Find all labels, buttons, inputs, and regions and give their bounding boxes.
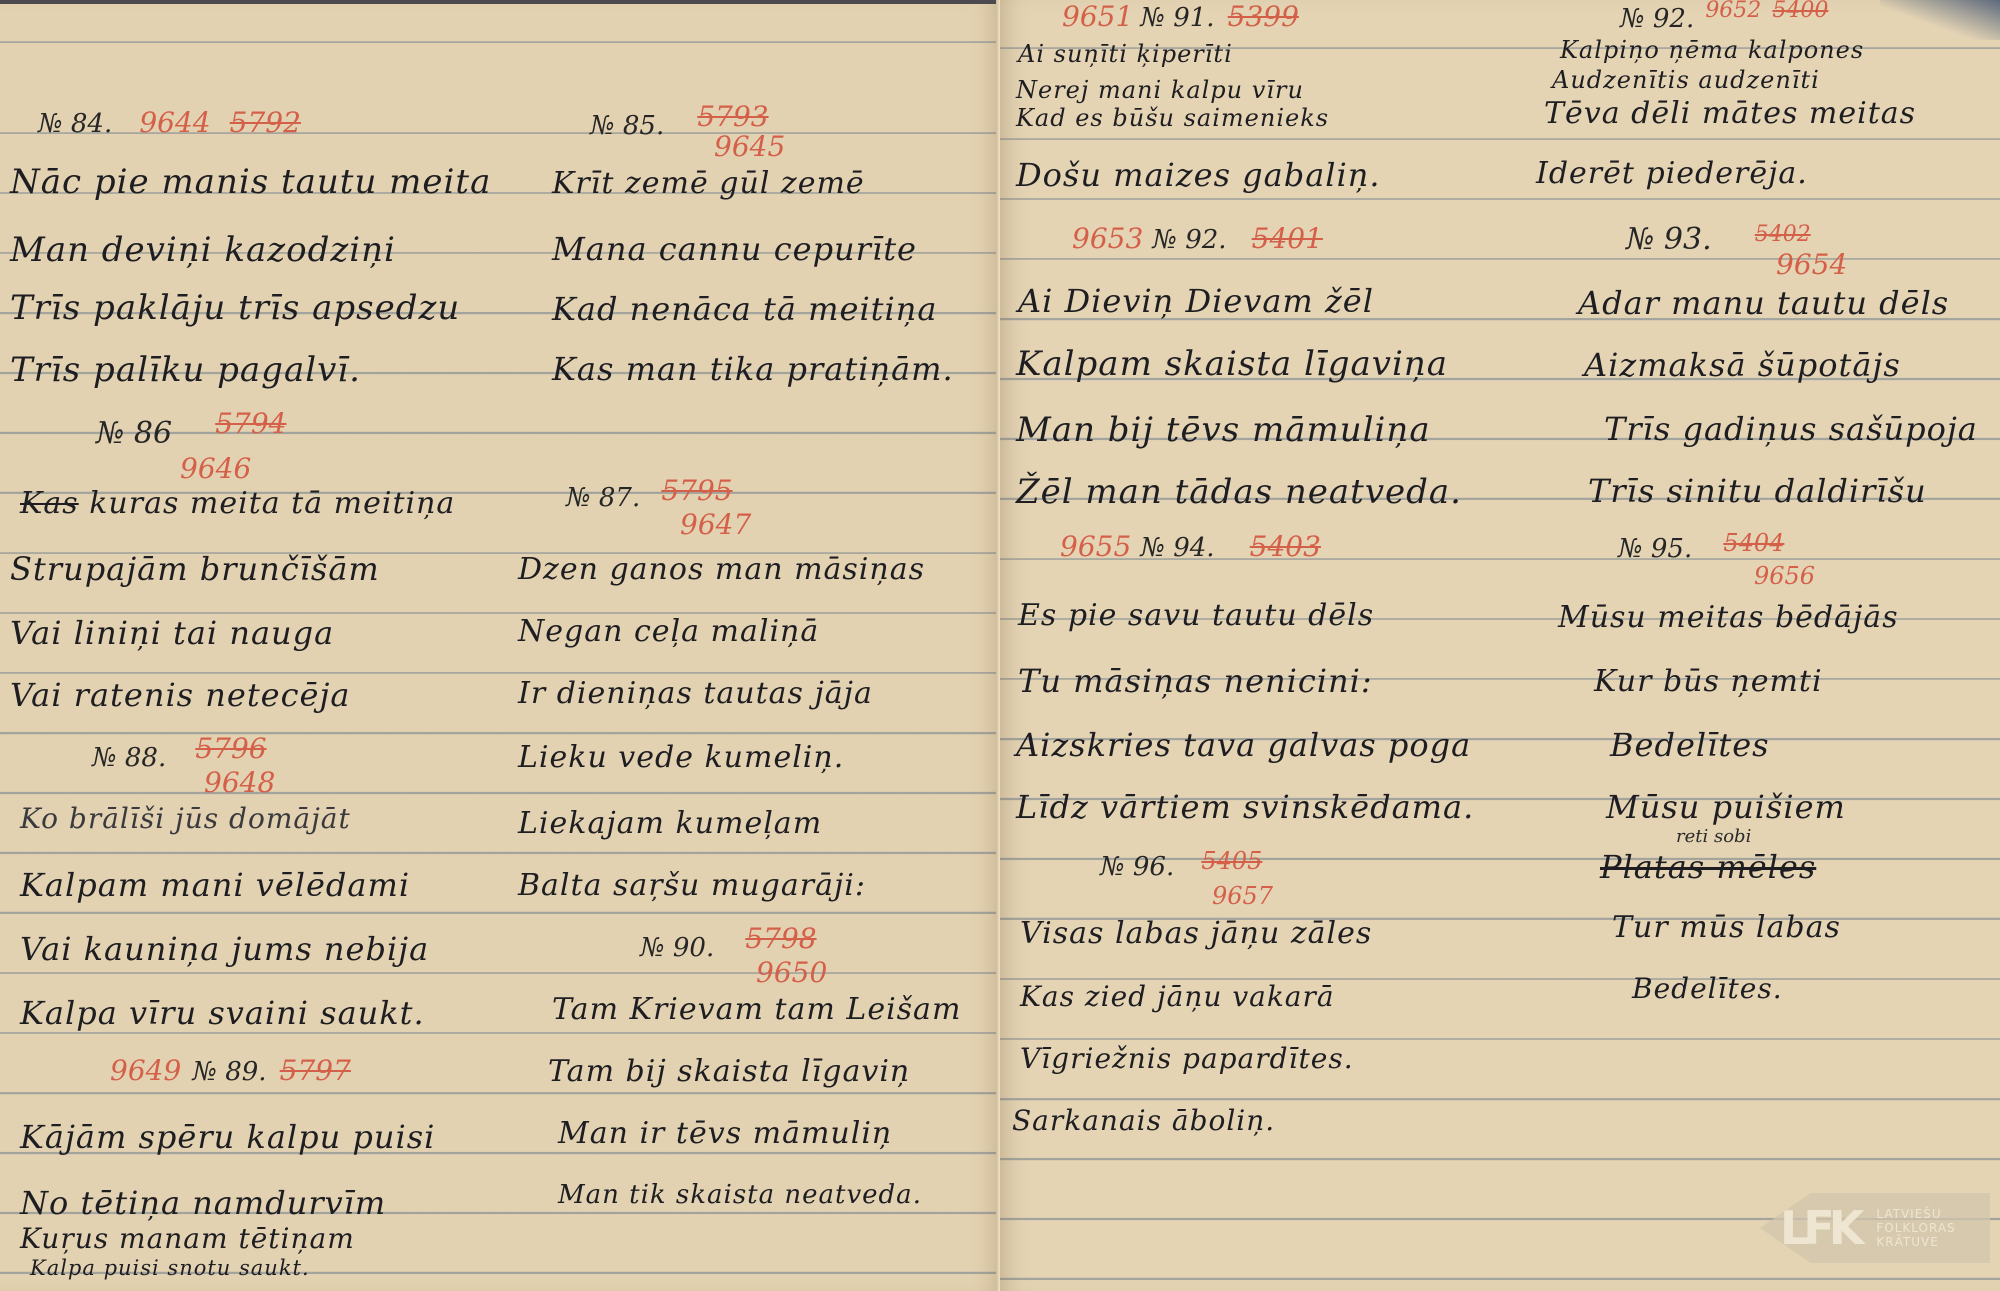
verse-line: Aizskries tava galvas poga xyxy=(1016,726,1471,764)
verse-line: Ai suņīti ķiperīti xyxy=(1018,40,1233,68)
archive-id: 9652 xyxy=(1705,0,1761,23)
verse-line: Kas man tika pratiņām. xyxy=(552,350,954,388)
entry-header-94: 9655 № 94. 5403 xyxy=(1060,530,1321,563)
old-archive-id: 5400 xyxy=(1772,0,1828,23)
archive-id: 9656 xyxy=(1754,562,1815,590)
verse-line: Trīs paklāju trīs apsedzu xyxy=(10,288,460,328)
verse-line: Žēl man tādas neatveda. xyxy=(1016,472,1462,512)
entry-number: № 87. xyxy=(566,483,640,513)
verse-line: Kad es būšu saimenieks xyxy=(1016,104,1329,132)
verse-line: Ai Dieviņ Dievam žēl xyxy=(1018,282,1374,320)
verse-line: Dzen ganos man māsiņas xyxy=(518,552,925,587)
old-archive-id: 5795 xyxy=(661,474,732,507)
entry-number: № 92. xyxy=(1620,4,1694,34)
verse-line: Trīs palīku pagalvī. xyxy=(10,350,361,390)
old-archive-id: 5399 xyxy=(1228,0,1299,33)
entry-number: № 92. xyxy=(1152,225,1226,255)
archive-id: 9657 xyxy=(1212,882,1273,910)
struck-line: Platas mēles xyxy=(1600,848,1816,886)
verse-line: Tam bij skaista līgaviņ xyxy=(548,1054,910,1089)
entry-header-86: № 86 5794 xyxy=(96,416,286,451)
lfk-logo-text: LATVIEŠU FOLKLORAS KRĀTUVE xyxy=(1876,1207,1955,1249)
verse-line: Vai ratenis netecēja xyxy=(10,676,350,714)
archive-id: 9653 xyxy=(1072,222,1143,255)
corner-shadow xyxy=(1880,0,2000,40)
archive-id: 9646 xyxy=(180,452,251,485)
verse-line: Man ir tēvs māmuliņ xyxy=(558,1116,892,1151)
entry-number: № 91. xyxy=(1140,3,1214,33)
old-archive-id: 5792 xyxy=(230,106,301,139)
verse-line: Līdz vārtiem svinskēdama. xyxy=(1016,788,1474,826)
entry-header-96: № 96. 5405 xyxy=(1100,852,1262,882)
verse-line: Bedelītes xyxy=(1610,726,1770,764)
verse-line: Kalpiņo ņēma kalpones xyxy=(1560,36,1864,64)
verse-line: Ir dieniņas tautas jāja xyxy=(518,676,873,711)
entry-number: № 94. xyxy=(1140,533,1214,563)
verse-line: Tur mūs labas xyxy=(1612,910,1841,945)
verse-line: Kalpam mani vēlēdami xyxy=(20,866,410,904)
verse-line: Visas labas jāņu zāles xyxy=(1020,916,1372,951)
verse-line: Tam Krievam tam Leišam xyxy=(552,992,961,1027)
verse-line: Balta saŗšu mugarāji: xyxy=(518,868,866,903)
verse-line: Es pie savu tautu dēls xyxy=(1018,598,1374,633)
verse-line: Kad nenāca tā meitiņa xyxy=(552,290,937,328)
verse-line: Kalpam skaista līgaviņa xyxy=(1016,344,1448,384)
archive-id: 9648 xyxy=(204,766,275,799)
old-archive-id: 5401 xyxy=(1252,222,1323,255)
verse-line: Kalpa vīru svaini saukt. xyxy=(20,994,425,1032)
entry-header-84: № 84. 9644 5792 xyxy=(38,106,301,139)
verse-line: Lieku vede kumeliņ. xyxy=(518,740,844,775)
verse-line: Kur būs ņemti xyxy=(1594,664,1823,699)
verse-line: Strupajām brunčīšām xyxy=(10,550,380,588)
verse-line: Liekajam kumeļam xyxy=(518,806,822,841)
entry-number: № 96. xyxy=(1100,852,1174,882)
old-archive-id: 5793 xyxy=(697,100,768,133)
logo-line: FOLKLORAS xyxy=(1876,1221,1955,1235)
manuscript-spread: № 84. 9644 5792 Nāc pie manis tautu meit… xyxy=(0,0,2000,1291)
right-page: 9651 № 91. 5399 Ai suņīti ķiperīti Nerej… xyxy=(1000,0,2000,1291)
verse-line: Kalpa puisi snotu saukt. xyxy=(30,1256,310,1280)
verse-line: Kas kuras meita tā meitiņa xyxy=(20,486,455,521)
verse-line: Mūsu puišiem xyxy=(1606,788,1846,826)
verse-line: Vīgriežnis papardītes. xyxy=(1020,1042,1354,1075)
verse-line: Tu māsiņas nenicini: xyxy=(1018,662,1373,700)
verse-line: Man deviņi kazodziņi xyxy=(10,230,396,270)
entry-number: № 90. xyxy=(640,933,714,963)
old-archive-id: 5798 xyxy=(745,922,816,955)
entry-header-92b: 9653 № 92. 5401 xyxy=(1072,222,1323,255)
archive-id: 9644 xyxy=(139,106,210,139)
archive-id: 9651 xyxy=(1062,0,1133,33)
page-top-edge xyxy=(0,0,1000,4)
entry-number: № 95. xyxy=(1618,534,1692,564)
verse-line: Trīs sinitu daldirīšu xyxy=(1588,472,1927,510)
lfk-logo-icon: LFK xyxy=(1780,1201,1858,1255)
verse-line: Ko brālīši jūs domājāt xyxy=(20,802,351,835)
archive-id: 9647 xyxy=(680,508,751,541)
entry-header-95: № 95. 5404 xyxy=(1618,534,1784,564)
verse-line: Došu maizes gabaliņ. xyxy=(1016,156,1381,194)
entry-number: № 93. xyxy=(1626,222,1712,257)
archive-id: 9649 xyxy=(110,1054,181,1087)
entry-number: № 85. xyxy=(590,111,664,141)
verse-line: Mana cannu cepurīte xyxy=(552,230,917,268)
left-page: № 84. 9644 5792 Nāc pie manis tautu meit… xyxy=(0,0,1000,1291)
verse-line: Nāc pie manis tautu meita xyxy=(10,162,491,202)
old-archive-id: 5402 xyxy=(1755,222,1811,247)
verse-line: Kas zied jāņu vakarā xyxy=(1020,980,1335,1013)
entry-number: № 84. xyxy=(38,109,112,139)
archive-id: 9654 xyxy=(1776,248,1847,281)
verse-line: Kājām spēru kalpu puisi xyxy=(20,1118,435,1156)
old-archive-id: 5405 xyxy=(1201,847,1262,875)
verse-line: Vai liniņi tai nauga xyxy=(10,614,334,652)
verse-line: Adar manu tautu dēls xyxy=(1578,284,1949,322)
struck-word: Kas xyxy=(20,486,79,521)
entry-number: № 89. xyxy=(192,1057,266,1087)
logo-line: KRĀTUVE xyxy=(1876,1235,1955,1249)
entry-header-89: 9649 № 89. 5797 xyxy=(110,1054,351,1087)
entry-number: № 86 xyxy=(96,416,172,451)
old-archive-id: 5794 xyxy=(215,407,286,440)
archive-id: 9650 xyxy=(756,956,827,989)
archive-id: 9645 xyxy=(714,130,785,163)
verse-line: Sarkanais āboliņ. xyxy=(1012,1104,1275,1137)
verse-line: Aizmaksā šūpotājs xyxy=(1584,346,1901,384)
entry-header-91: 9651 № 91. 5399 xyxy=(1062,0,1299,33)
verse-line: Audzenītis audzenīti xyxy=(1552,66,1820,94)
verse-line: Krīt zemē gūl zemē xyxy=(552,166,865,201)
verse-line: Trīs gadiņus sašūpoja xyxy=(1604,410,1978,448)
verse-line: Man tik skaista neatveda. xyxy=(558,1180,922,1210)
verse-line: Man bij tēvs māmuliņa xyxy=(1016,410,1431,450)
verse-line: Mūsu meitas bēdājās xyxy=(1558,600,1899,635)
verse-line: Nerej mani kalpu vīru xyxy=(1016,76,1304,104)
verse-line: Negan ceļa maliņā xyxy=(518,614,819,649)
verse-line: Iderēt piederēja. xyxy=(1536,156,1808,191)
old-archive-id: 5403 xyxy=(1250,530,1321,563)
lfk-watermark-logo: LFK LATVIEŠU FOLKLORAS KRĀTUVE xyxy=(1760,1193,1990,1263)
entry-number: № 88. xyxy=(92,743,166,773)
logo-line: LATVIEŠU xyxy=(1876,1207,1955,1221)
verse-line: No tētiņa namdurvīm xyxy=(20,1184,386,1222)
old-archive-id: 5404 xyxy=(1723,529,1784,557)
verse-line: Tēva dēli mātes meitas xyxy=(1544,96,1916,131)
verse-line: Vai kauniņa jums nebija xyxy=(20,930,429,968)
insertion-note: reti sobi xyxy=(1676,826,1751,847)
verse-line: Bedelītes. xyxy=(1632,972,1783,1005)
verse-line: Kuŗus manam tētiņam xyxy=(20,1222,355,1255)
archive-id: 9655 xyxy=(1060,530,1131,563)
old-archive-id: 5796 xyxy=(195,732,266,765)
verse-text: kuras meita tā meitiņa xyxy=(89,486,455,521)
entry-header-92a: № 92. 9652 5400 xyxy=(1620,4,1828,34)
old-archive-id: 5797 xyxy=(280,1054,351,1087)
